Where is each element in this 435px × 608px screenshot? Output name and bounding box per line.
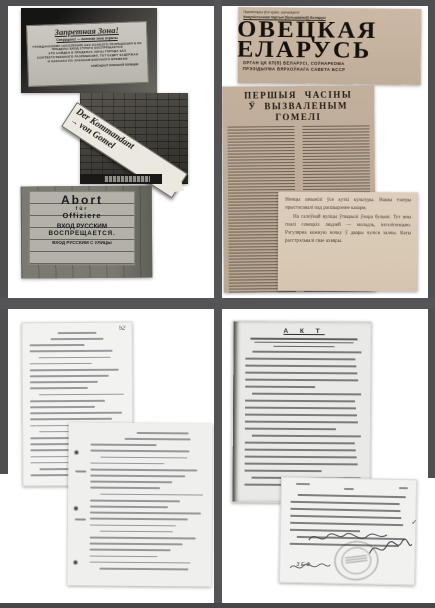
sign-footer: КОМЕНДАНТ ОХРАННОЙ ПОЛИЦИИ	[31, 63, 144, 70]
article-headline-line2: Ў ВЫЗВАЛЕНЫМ ГОМЕЛІ	[227, 100, 369, 123]
photo-abort-sign: Abort für Offiziere ВХОД РУССКИМ ВОСПРЕЩ…	[21, 186, 153, 279]
sign-body-lines: ГРАЖДАНСКОМУ НАСЕЛЕНИЮ БЕЗ ОСОБОГО РАЗРЕ…	[31, 42, 145, 65]
fragment-paragraph-2: На галоўнай вуліцы ўтварылі ўчора булыні…	[285, 213, 411, 247]
checkmark-annotation: ✓	[411, 518, 417, 526]
scan-frame-right	[428, 0, 435, 478]
handwritten-heading-line	[57, 332, 97, 334]
abort-line1: Abort	[30, 194, 134, 206]
punch-hole-icon	[74, 506, 78, 510]
signature-stroke	[366, 535, 415, 562]
newspaper-masthead-clipping: Пралетарыі ўсіх краін, злучайцеся! Камун…	[238, 7, 422, 85]
handwritten-heading-line	[50, 338, 103, 340]
street-sign-strip	[80, 174, 162, 184]
abort-sign-board: Abort für Offiziere ВХОД РУССКИМ ВОСПРЕЩ…	[29, 191, 135, 265]
handwritten-mark	[399, 487, 408, 489]
newspaper-title-line2: ЕЛАРУСЬ	[238, 38, 422, 61]
forbidden-zone-sign-board: Запретная Зона! Сперрцоне! — военная зон…	[26, 21, 149, 87]
abort-line5: ВОСПРЕЩАЕТСЯ.	[30, 230, 134, 238]
act-subtitle-line	[254, 341, 353, 343]
page-number: 52	[119, 326, 126, 332]
typed-body-lines	[244, 351, 362, 487]
photo-kommandant-sign: Der Kommandant →von Gomel	[80, 93, 188, 184]
handwritten-heading-line	[136, 432, 188, 434]
punch-hole-icon	[73, 560, 77, 564]
typed-act-page-2: ✓ 3 Е.Ф.	[279, 477, 417, 586]
act-subtitle-line	[274, 345, 335, 347]
punch-hole-icon	[74, 450, 78, 454]
kommandant-line1: Der Kommandant	[74, 106, 182, 181]
scan-frame-left	[0, 0, 8, 474]
shop-signboard	[104, 176, 150, 182]
handwritten-protocol-page-2	[67, 422, 212, 586]
newspaper-organ-line2: ПРЭЗІДЫУМА ВЯРХОЎНАГА САВЕТА БССР	[243, 66, 416, 73]
margin-note	[75, 470, 86, 472]
handwritten-date-note: 3 Е.Ф.	[296, 562, 312, 568]
photo-forbidden-zone-sign: Запретная Зона! Сперрцоне! — военная зон…	[21, 8, 157, 93]
handwritten-heading-line	[125, 438, 191, 440]
handwritten-body-lines	[89, 444, 204, 570]
margin-note	[75, 518, 86, 520]
handwritten-mark	[344, 488, 354, 490]
panel-divider-vertical	[214, 0, 222, 603]
act-title: А К Т	[246, 328, 363, 336]
scan-frame-bottom	[0, 603, 435, 608]
scanned-book-page: Запретная Зона! Сперрцоне! — военная зон…	[0, 0, 435, 608]
handwritten-mark	[296, 483, 310, 485]
newspaper-fragment-clipping: Немцы зачынілі ўсе куткі культуры. Нашы …	[278, 192, 419, 292]
abort-line6: ВХОД РУССКИМ С УЛИЦЫ	[30, 239, 134, 244]
abort-line3: Offiziere	[30, 212, 134, 220]
act-subtitle-line	[250, 338, 358, 340]
fragment-paragraph-1: Немцы зачынілі ўсе куткі культуры. Нашы …	[285, 197, 411, 214]
